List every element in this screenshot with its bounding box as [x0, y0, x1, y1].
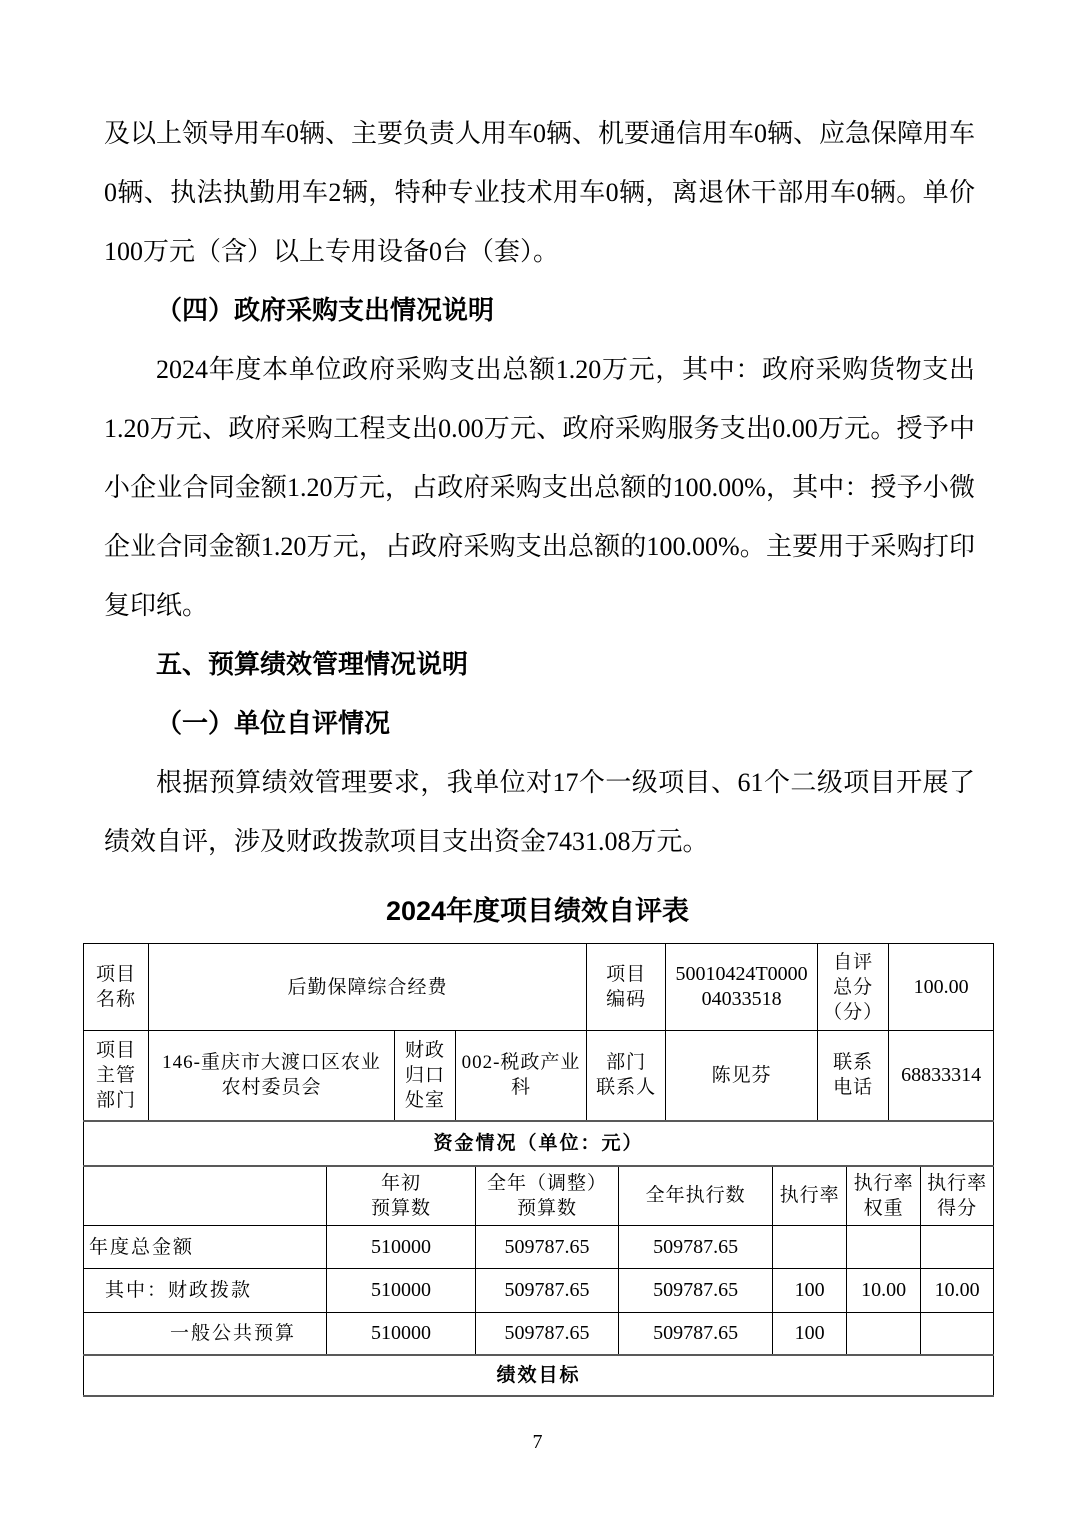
cell-funds-public-rate-score	[921, 1313, 994, 1355]
cell-funds-total-rate	[773, 1226, 847, 1269]
cell-self-score-value: 100.00	[889, 944, 994, 1031]
cell-funds-fiscal-label: 其中：财政拨款	[84, 1269, 327, 1313]
cell-funds-header-initial: 年初 预算数	[327, 1166, 476, 1226]
section-heading-performance: 五、预算绩效管理情况说明	[104, 635, 975, 694]
cell-dept-label: 项目 主管 部门	[84, 1031, 149, 1121]
cell-funds-public-initial: 510000	[327, 1313, 476, 1355]
cell-funds-total-executed: 509787.65	[619, 1226, 773, 1269]
cell-funds-fiscal-rate-score: 10.00	[921, 1269, 994, 1313]
document-page: 及以上领导用车0辆、主要负责人用车0辆、机要通信用车0辆、应急保障用车0辆、执法…	[0, 0, 1075, 1520]
cell-goals-section-title: 绩效目标	[84, 1355, 994, 1396]
cell-funds-header-adjusted: 全年（调整） 预算数	[476, 1166, 619, 1226]
cell-contact-value: 陈见芬	[666, 1031, 818, 1121]
table-row-funds-fiscal: 其中：财政拨款 510000 509787.65 509787.65 100 1…	[84, 1269, 994, 1313]
cell-funds-public-label: 一般公共预算	[84, 1313, 327, 1355]
cell-office-value: 002-税政产业 科	[456, 1031, 587, 1121]
table-row-funds-public-budget: 一般公共预算 510000 509787.65 509787.65 100	[84, 1313, 994, 1355]
cell-funds-total-adjusted: 509787.65	[476, 1226, 619, 1269]
self-eval-table-title: 2024年度项目绩效自评表	[0, 884, 1075, 938]
body-text-block: 及以上领导用车0辆、主要负责人用车0辆、机要通信用车0辆、应急保障用车0辆、执法…	[104, 0, 975, 871]
paragraph-self-eval: 根据预算绩效管理要求，我单位对17个一级项目、61个二级项目开展了绩效自评，涉及…	[104, 753, 975, 871]
table-row-funds-total: 年度总金额 510000 509787.65 509787.65	[84, 1226, 994, 1269]
paragraph-vehicles: 及以上领导用车0辆、主要负责人用车0辆、机要通信用车0辆、应急保障用车0辆、执法…	[104, 104, 975, 281]
cell-funds-header-executed: 全年执行数	[619, 1166, 773, 1226]
cell-phone-value: 68833314	[889, 1031, 994, 1121]
cell-funds-total-rate-score	[921, 1226, 994, 1269]
section-heading-self-eval: （一）单位自评情况	[104, 694, 975, 753]
paragraph-procurement: 2024年度本单位政府采购支出总额1.20万元，其中：政府采购货物支出1.20万…	[104, 340, 975, 635]
table-row: 项目 名称 后勤保障综合经费 项目 编码 50010424T0000 04033…	[84, 944, 994, 1031]
section-heading-procurement: （四）政府采购支出情况说明	[104, 281, 975, 340]
cell-funds-total-label: 年度总金额	[84, 1226, 327, 1269]
self-eval-table: 项目 名称 后勤保障综合经费 项目 编码 50010424T0000 04033…	[83, 943, 994, 1397]
page-number: 7	[0, 1427, 1075, 1457]
cell-office-label: 财政 归口 处室	[395, 1031, 456, 1121]
cell-funds-header-blank	[84, 1166, 327, 1226]
cell-funds-header-rate: 执行率	[773, 1166, 847, 1226]
cell-funds-public-rate-weight	[847, 1313, 921, 1355]
cell-contact-label: 部门 联系人	[587, 1031, 666, 1121]
cell-funds-header-rate-score: 执行率 得分	[921, 1166, 994, 1226]
table-section-goals: 绩效目标	[84, 1355, 994, 1396]
cell-funds-public-rate: 100	[773, 1313, 847, 1355]
cell-project-code-value: 50010424T0000 04033518	[666, 944, 818, 1031]
cell-funds-public-executed: 509787.65	[619, 1313, 773, 1355]
cell-funds-section-title: 资金情况（单位：元）	[84, 1121, 994, 1166]
table-row: 项目 主管 部门 146-重庆市大渡口区农业 农村委员会 财政 归口 处室 00…	[84, 1031, 994, 1121]
cell-project-name-label: 项目 名称	[84, 944, 149, 1031]
cell-funds-fiscal-rate: 100	[773, 1269, 847, 1313]
cell-funds-public-adjusted: 509787.65	[476, 1313, 619, 1355]
cell-funds-fiscal-rate-weight: 10.00	[847, 1269, 921, 1313]
cell-funds-fiscal-initial: 510000	[327, 1269, 476, 1313]
cell-project-code-label: 项目 编码	[587, 944, 666, 1031]
cell-funds-total-initial: 510000	[327, 1226, 476, 1269]
cell-self-score-label: 自评 总分 （分）	[818, 944, 889, 1031]
cell-project-name-value: 后勤保障综合经费	[149, 944, 587, 1031]
cell-dept-value: 146-重庆市大渡口区农业 农村委员会	[149, 1031, 395, 1121]
cell-funds-total-rate-weight	[847, 1226, 921, 1269]
cell-funds-fiscal-adjusted: 509787.65	[476, 1269, 619, 1313]
table-section-funds: 资金情况（单位：元）	[84, 1121, 994, 1166]
cell-phone-label: 联系 电话	[818, 1031, 889, 1121]
cell-funds-header-rate-weight: 执行率 权重	[847, 1166, 921, 1226]
cell-funds-fiscal-executed: 509787.65	[619, 1269, 773, 1313]
table-row-funds-header: 年初 预算数 全年（调整） 预算数 全年执行数 执行率 执行率 权重 执行率 得…	[84, 1166, 994, 1226]
